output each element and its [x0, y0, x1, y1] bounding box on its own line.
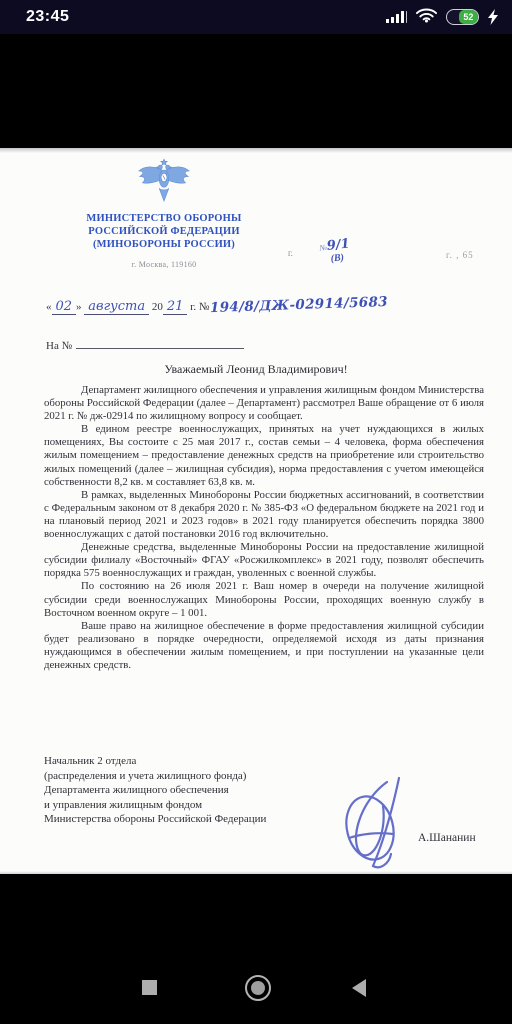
clock: 23:45 [26, 8, 69, 26]
signature-title-block: Начальник 2 отдела (распределения и учет… [44, 754, 266, 827]
navigation-bar [0, 960, 512, 1024]
paragraph: Денежные средства, выделенные Минобороны… [44, 541, 484, 580]
paragraph: Ваше право на жилищное обеспечение в фор… [44, 620, 484, 672]
ministry-emblem-icon [137, 158, 191, 210]
reference-number-line: На № [46, 338, 244, 352]
handwritten-month: августа [84, 299, 149, 315]
charging-bolt-icon [488, 9, 498, 25]
letterhead-org-name: МИНИСТЕРСТВО ОБОРОНЫ РОССИЙСКОЙ ФЕДЕРАЦИ… [58, 212, 270, 251]
status-bar: 23:45 52 [0, 0, 512, 34]
corner-page-mark: г. , 65 [446, 250, 474, 260]
blank-line [76, 338, 244, 349]
status-icons: 52 [386, 7, 499, 28]
date-line: «02» августа 2021 г. №194/8/ДЖ-02914/568… [46, 298, 388, 314]
handwritten-year: 21 [163, 299, 188, 315]
paragraph: Департамент жилищного обеспечения и упра… [44, 384, 484, 423]
paragraph: В рамках, выделенных Минобороны России б… [44, 489, 484, 541]
paragraph: В едином реестре военнослужащих, приняты… [44, 423, 484, 488]
back-triangle-icon[interactable] [352, 979, 366, 997]
phone-screen: 23:45 52 [0, 0, 512, 1024]
handwritten-doc-number: 194/8/ДЖ-02914/5683 [210, 294, 388, 316]
signal-bars-icon [386, 11, 408, 23]
registration-stamp: №9/1 (В) [319, 238, 352, 265]
recents-square-icon[interactable] [142, 980, 157, 995]
paragraph: По состоянию на 26 июля 2021 г. Ваш номе… [44, 580, 484, 619]
letter-body: Департамент жилищного обеспечения и упра… [44, 384, 484, 672]
battery-percent: 52 [459, 10, 478, 24]
signature-icon [342, 776, 414, 871]
handwritten-day: 02 [52, 299, 77, 315]
document-page[interactable]: МИНИСТЕРСТВО ОБОРОНЫ РОССИЙСКОЙ ФЕДЕРАЦИ… [0, 148, 512, 874]
battery-icon: 52 [446, 9, 479, 25]
city-label: г. [288, 248, 293, 258]
wifi-icon [416, 7, 437, 28]
salutation: Уважаемый Леонид Владимирович! [0, 362, 512, 377]
signer-name: А.Шананин [418, 832, 476, 844]
home-circle-icon[interactable] [245, 975, 271, 1001]
letterhead-address: г. Москва, 119160 [58, 260, 270, 269]
